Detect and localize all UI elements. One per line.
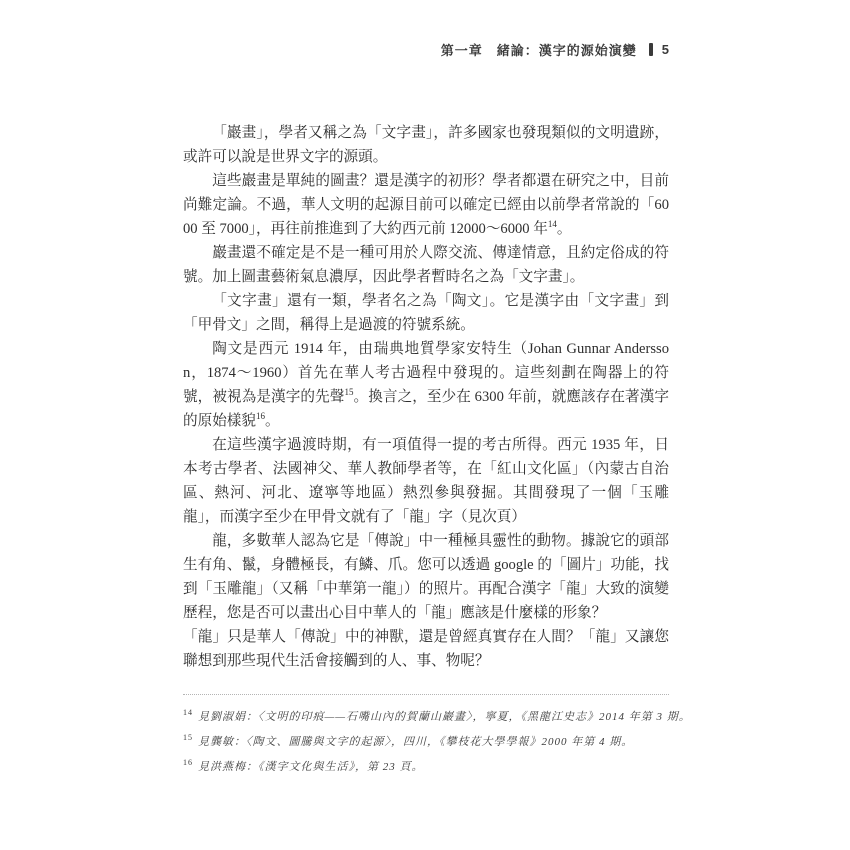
running-header: 第一章 緒論：漢字的源始演變 5 bbox=[441, 40, 670, 59]
footnote-item: 15見龔敏：〈陶文、圖騰與文字的起源〉，四川，《攀枝花大學學報》2000 年第 … bbox=[183, 730, 669, 755]
paragraph: 「巖畫」，學者又稱之為「文字畫」，許多國家也發現類似的文明遺跡，或許可以說是世界… bbox=[183, 121, 669, 169]
paragraph: 陶文是西元 1914 年，由瑞典地質學家安特生（Johan Gunnar And… bbox=[183, 337, 669, 433]
chapter-label: 第一章 bbox=[441, 40, 483, 59]
footnote-reference: 16 bbox=[256, 411, 265, 421]
paragraph: 在這些漢字過渡時期，有一項值得一提的考古所得。西元 1935 年，日本考古學者、… bbox=[183, 433, 669, 529]
footnote-reference: 14 bbox=[548, 219, 557, 229]
footnote-number: 14 bbox=[183, 708, 193, 717]
footnote-text: 見洪燕梅：《漢字文化與生活》，第 23 頁。 bbox=[198, 761, 424, 773]
footnote-text: 見劉淑娟：〈文明的印痕——石嘴山內的賀蘭山巖畫〉，寧夏，《黑龍江史志》2014 … bbox=[198, 711, 691, 723]
paragraph: 這些巖畫是單純的圖畫？還是漢字的初形？學者都還在研究之中，目前尚難定論。不過，華… bbox=[183, 169, 669, 241]
footnote-reference: 15 bbox=[344, 387, 353, 397]
paragraph: 巖畫還不確定是不是一種可用於人際交流、傳達情意，且約定俗成的符號。加上圖畫藝術氣… bbox=[183, 241, 669, 289]
page-number-bar-icon bbox=[649, 43, 653, 56]
running-header-title: 緒論：漢字的源始演變 bbox=[497, 40, 637, 59]
paragraph: 龍，多數華人認為它是「傳說」中一種極具靈性的動物。據說它的頭部生有角、鬣，身體極… bbox=[183, 529, 669, 625]
footnote-item: 16見洪燕梅：《漢字文化與生活》，第 23 頁。 bbox=[183, 755, 669, 780]
paragraph: 「龍」只是華人「傳說」中的神獸，還是曾經真實存在人間？「龍」又讓您聯想到那些現代… bbox=[183, 625, 669, 673]
body-text: 「巖畫」，學者又稱之為「文字畫」，許多國家也發現類似的文明遺跡，或許可以說是世界… bbox=[183, 121, 669, 673]
footnote-text: 見龔敏：〈陶文、圖騰與文字的起源〉，四川，《攀枝花大學學報》2000 年第 4 … bbox=[198, 736, 633, 748]
footnote-item: 14見劉淑娟：〈文明的印痕——石嘴山內的賀蘭山巖畫〉，寧夏，《黑龍江史志》201… bbox=[183, 705, 669, 730]
page-number: 5 bbox=[662, 42, 670, 57]
book-page: 第一章 緒論：漢字的源始演變 5 「巖畫」，學者又稱之為「文字畫」，許多國家也發… bbox=[0, 0, 850, 850]
footnotes: 14見劉淑娟：〈文明的印痕——石嘴山內的賀蘭山巖畫〉，寧夏，《黑龍江史志》201… bbox=[183, 694, 669, 780]
footnote-number: 15 bbox=[183, 733, 193, 742]
paragraph: 「文字畫」還有一類，學者名之為「陶文」。它是漢字由「文字畫」到「甲骨文」之間，稱… bbox=[183, 289, 669, 337]
footnote-list: 14見劉淑娟：〈文明的印痕——石嘴山內的賀蘭山巖畫〉，寧夏，《黑龍江史志》201… bbox=[183, 705, 669, 780]
footnote-number: 16 bbox=[183, 758, 193, 767]
